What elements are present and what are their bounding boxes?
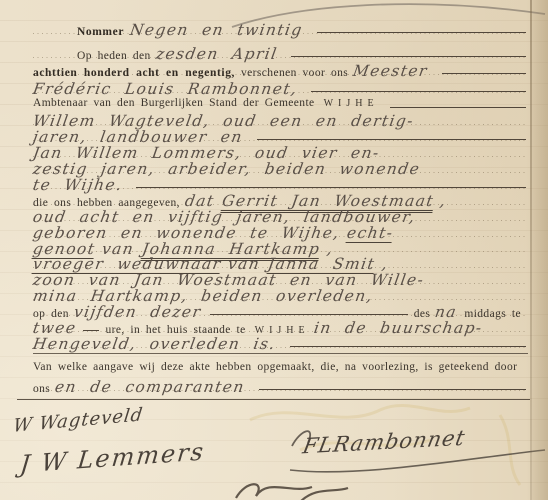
rule-fill-dash (317, 32, 526, 33)
rule-fill-dash (136, 187, 526, 188)
printed-text-bold: Nommer (77, 26, 124, 38)
printed-text: Van welke aangave wij deze akte hebben o… (33, 361, 517, 373)
document-line: Willem Wagteveld, oud een en dertig- (33, 112, 526, 128)
partial-signature-stroke (236, 484, 348, 500)
handwritten-text: Negen en twintig (129, 21, 305, 39)
rule-fill-dash (257, 139, 526, 140)
document-line: onsen de comparanten (33, 378, 526, 395)
document-line: geboren en wonende te Wijhe,echt- (33, 224, 526, 240)
document-line: zoon van Jan Woestmaat en van Wille- (33, 271, 526, 287)
document-line: Jan Willem Lommers, oud vier en- (33, 144, 526, 160)
rule-fill-dash (442, 73, 526, 74)
separator-rule-lower (17, 399, 530, 400)
rule-fill-dash (311, 91, 526, 92)
signature-registrar-rambonnet: FLRambonnet (301, 426, 468, 459)
document-line: oud acht en vijftig jaren, landbouwer, (33, 208, 526, 224)
register-page: NommerNegen en twintigOp heden denzesden… (0, 0, 548, 500)
handwritten-text: Meester (352, 62, 430, 80)
printed-smallcaps: WIJHE (324, 98, 379, 109)
document-line: tweeure, in het huis staande teWIJHEin d… (33, 319, 526, 335)
handwritten-text: zesden April (154, 45, 278, 63)
document-line: zestig jaren, arbeider, beiden wonende (33, 160, 526, 176)
document-line: vroeger weduwnaarvanJanna Smit, (33, 255, 526, 271)
printed-text: Op heden den (77, 50, 151, 62)
ink-dash (210, 314, 408, 315)
handwritten-text: Hengeveld, overleden is. (32, 335, 278, 353)
document-line: achttien honderd acht en negentig,versch… (33, 62, 526, 78)
document-line: te Wijhe. (33, 176, 526, 192)
rule-fill-dash (290, 346, 526, 347)
printed-text: ons (33, 383, 50, 395)
signature-declarant-lemmers: J W Lemmers (19, 437, 207, 478)
printed-text-bold: achttien honderd acht en negentig, (33, 67, 235, 79)
akte-closing: Van welke aangave wij deze akte hebben o… (33, 361, 526, 394)
printed-text: verschenen voor ons (241, 67, 348, 79)
rule-fill-dash (259, 389, 526, 390)
document-line: jaren, landbouwer en (33, 128, 526, 144)
ink-dash-short (83, 330, 99, 331)
signature-declarant-wagteveld: W Wagteveld (12, 404, 145, 437)
rule-fill-dash (390, 107, 526, 108)
handwritten-text: en de comparanten (54, 378, 247, 396)
document-line: op denvijfden dezerdesnamiddags te (33, 303, 526, 319)
document-line: genootvanJohanna Hartkamp, (33, 240, 526, 256)
rule-fill-dash (291, 56, 526, 57)
akte-body: NommerNegen en twintigOp heden denzesden… (33, 21, 526, 351)
document-line: Ambtenaar van den Burgerlijken Stand der… (33, 97, 526, 113)
document-line: Van welke aangave wij deze akte hebben o… (33, 361, 526, 378)
document-line: Op heden denzesden April (33, 45, 526, 61)
document-line: Frédéric Louis Rambonnet, (33, 80, 526, 96)
printed-text: Ambtenaar van den Burgerlijken Stand der… (33, 97, 315, 109)
handwritten-text: Frédéric Louis Rambonnet, (32, 80, 299, 98)
page-edge-shading (532, 0, 548, 500)
document-line: die ons hebben aangegeven,datGerrit Jan … (33, 192, 526, 208)
document-line: mina Hartkamp, beiden overleden, (33, 287, 526, 303)
document-line: Hengeveld, overleden is. (33, 335, 526, 351)
separator-rule-upper (33, 353, 528, 354)
document-line: NommerNegen en twintig (33, 21, 526, 37)
